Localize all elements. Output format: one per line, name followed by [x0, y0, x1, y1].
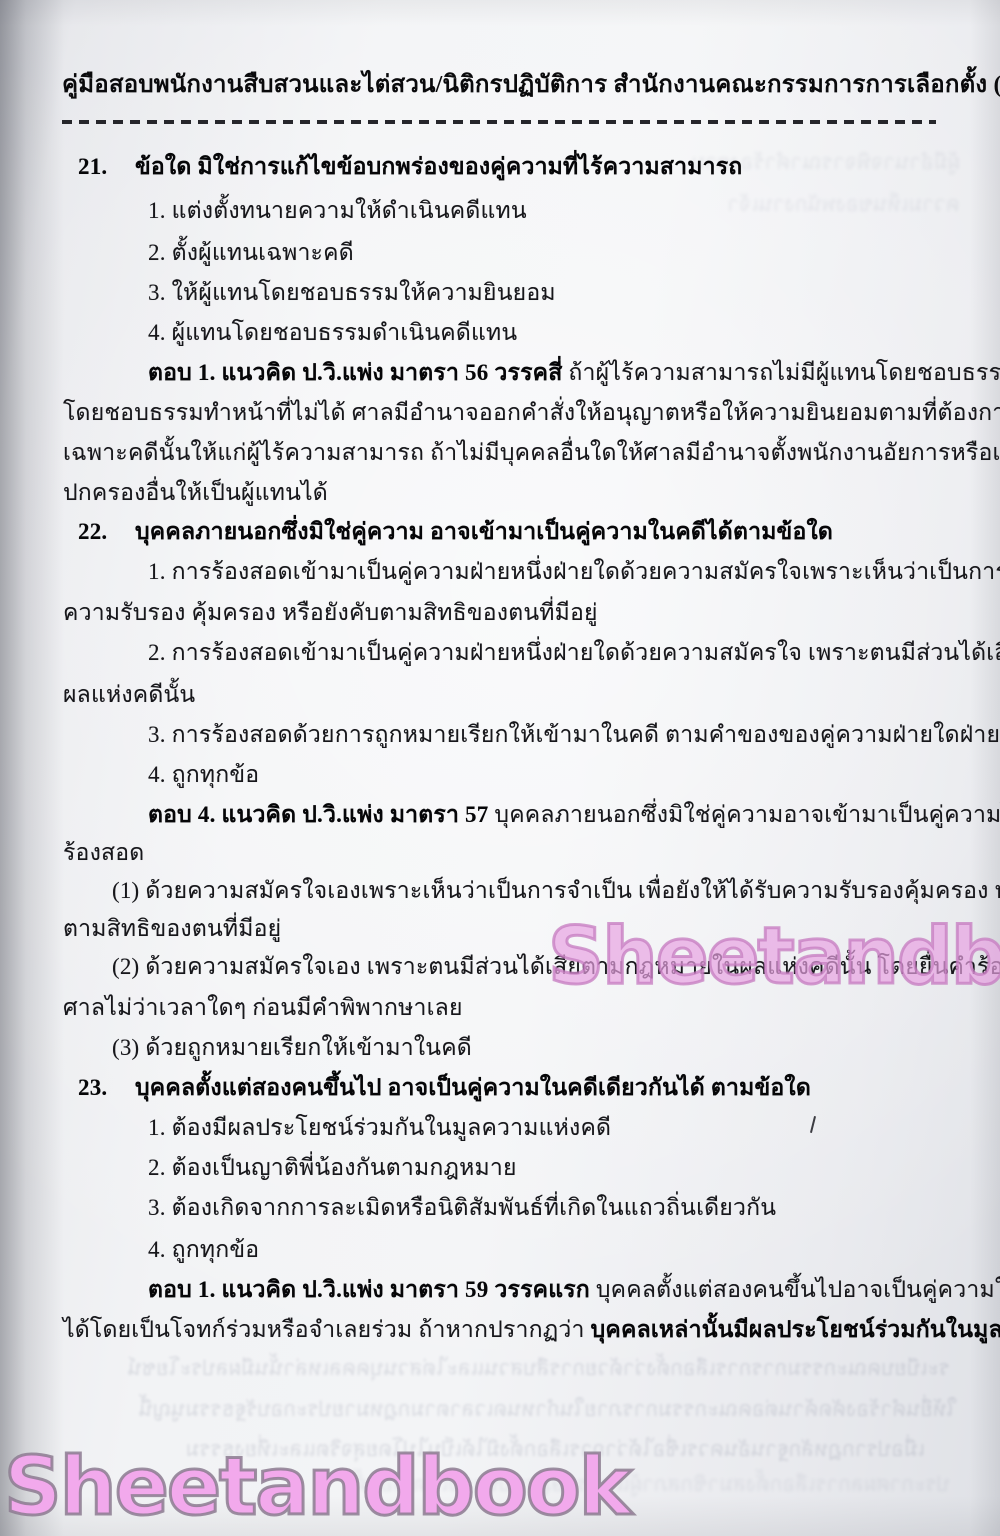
choice-21-3: 3. ให้ผู้แทนโดยชอบธรรมให้ความยินยอม — [148, 278, 556, 308]
answer-21-line: เฉพาะคดีนั้นให้แก่ผู้ไร้ความสามารถ ถ้าไม… — [63, 438, 1000, 468]
stray-mark — [810, 1116, 816, 1133]
answer-22-item-2: (2) ด้วยความสมัครใจเอง เพราะตนมีส่วนได้เ… — [112, 952, 1000, 982]
choice-23-3: 3. ต้องเกิดจากการละเมิดหรือนิติสัมพันธ์ท… — [148, 1193, 776, 1223]
page-header: คู่มือสอบพนักงานสืบสวนและไต่สวน/นิติกรปฏ… — [62, 64, 1000, 103]
choice-21-1: 1. แต่งตั้งทนายความให้ดำเนินคดีแทน — [148, 196, 527, 226]
answer-21-line: ตอบ 1. แนวคิด ป.วิ.แพ่ง มาตรา 56 วรรคสี่… — [148, 358, 1000, 388]
question-number: 23. — [78, 1073, 135, 1103]
answer-22-item-1: (1) ด้วยความสมัครใจเองเพราะเห็นว่าเป็นกา… — [112, 876, 1000, 906]
scanned-document-page: คู่มือสอบพนักงานสืบสวนและไต่สวน/นิติกรปฏ… — [0, 0, 1000, 1536]
answer-22-item-2-cont: ศาลไม่ว่าเวลาใดๆ ก่อนมีคำพิพากษาเลย — [63, 993, 463, 1023]
watermark-bottom: Sheetandbook — [4, 1440, 630, 1533]
question-number: 21. — [78, 152, 135, 182]
question-text: บุคคลภายนอกซึ่งมิใช่คู่ความ อาจเข้ามาเป็… — [135, 519, 833, 544]
choice-22-1-cont: ความรับรอง คุ้มครอง หรือยังคับตามสิทธิขอ… — [63, 598, 598, 628]
answer-21-line: ปกครองอื่นให้เป็นผู้แทนได้ — [63, 478, 328, 508]
answer-23-line: ตอบ 1. แนวคิด ป.วิ.แพ่ง มาตรา 59 วรรคแรก… — [148, 1275, 1000, 1305]
answer-22-line: ตอบ 4. แนวคิด ป.วิ.แพ่ง มาตรา 57 บุคคลภา… — [148, 800, 1000, 830]
choice-22-2: 2. การร้องสอดเข้ามาเป็นคู่ความฝ่ายหนึ่งฝ… — [148, 638, 1000, 668]
bleedthrough-line: ระเบียบคณะกรรมการการเลือกตั้งว่าด้วยการส… — [45, 1352, 950, 1385]
header-title: คู่มือสอบพนักงานสืบสวนและไต่สวน/นิติกรปฏ… — [62, 72, 1000, 98]
question-text: ข้อใด มิใช่การแก้ไขข้อบกพร่องของคู่ความท… — [135, 154, 742, 179]
dashed-divider — [62, 120, 936, 124]
bleedthrough-line: ความเห็นของพนักงานเจ้าหน้าที่ — [726, 188, 960, 221]
answer-22-item-3: (3) ด้วยถูกหมายเรียกให้เข้ามาในคดี — [112, 1033, 472, 1063]
choice-22-4: 4. ถูกทุกข้อ — [148, 760, 259, 790]
question-number: 22. — [78, 517, 135, 547]
question-22: 22.บุคคลภายนอกซึ่งมิใช่คู่ความ อาจเข้ามา… — [78, 517, 833, 547]
question-21: 21.ข้อใด มิใช่การแก้ไขข้อบกพร่องของคู่คว… — [78, 152, 742, 182]
choice-23-1: 1. ต้องมีผลประโยชน์ร่วมกันในมูลความแห่งค… — [148, 1113, 611, 1143]
choice-23-2: 2. ต้องเป็นญาติพี่น้องกันตามกฎหมาย — [148, 1153, 517, 1183]
choice-22-1: 1. การร้องสอดเข้ามาเป็นคู่ความฝ่ายหนึ่งฝ… — [148, 557, 1000, 587]
answer-22-item-1-cont: ตามสิทธิของตนที่มีอยู่ — [63, 914, 281, 944]
choice-22-2-cont: ผลแห่งคดีนั้น — [63, 680, 195, 710]
answer-22-line: ร้องสอด — [63, 838, 144, 868]
answer-23-line: ได้โดยเป็นโจทก์ร่วมหรือจำเลยร่วม ถ้าหากป… — [63, 1315, 1000, 1345]
choice-22-3: 3. การร้องสอดด้วยการถูกหมายเรียกให้เข้าม… — [148, 720, 1000, 750]
question-23: 23.บุคคลตั้งแต่สองคนขึ้นไป อาจเป็นคู่ควา… — [78, 1073, 811, 1103]
answer-21-line: โดยชอบธรรมทำหน้าที่ไม่ได้ ศาลมีอำนาจออกค… — [63, 398, 1000, 428]
bleedthrough-line: ประกาศผลการเลือกตั้งสมาชิกสภาผู้แทนราษฎร… — [250, 1468, 950, 1501]
bleedthrough-line: เมื่อปรากฏหลักฐานอันควรเชื่อได้ว่าการเลื… — [45, 1433, 925, 1466]
choice-23-4: 4. ถูกทุกข้อ — [148, 1235, 259, 1265]
bleedthrough-line: ให้ยื่นคำร้องคัดค้านต่อคณะกรรมการภายในกำ… — [45, 1393, 957, 1426]
choice-21-2: 2. ตั้งผู้แทนเฉพาะคดี — [148, 238, 354, 268]
choice-21-4: 4. ผู้แทนโดยชอบธรรมดำเนินคดีแทน — [148, 318, 517, 348]
question-text: บุคคลตั้งแต่สองคนขึ้นไป อาจเป็นคู่ความใน… — [135, 1075, 811, 1100]
